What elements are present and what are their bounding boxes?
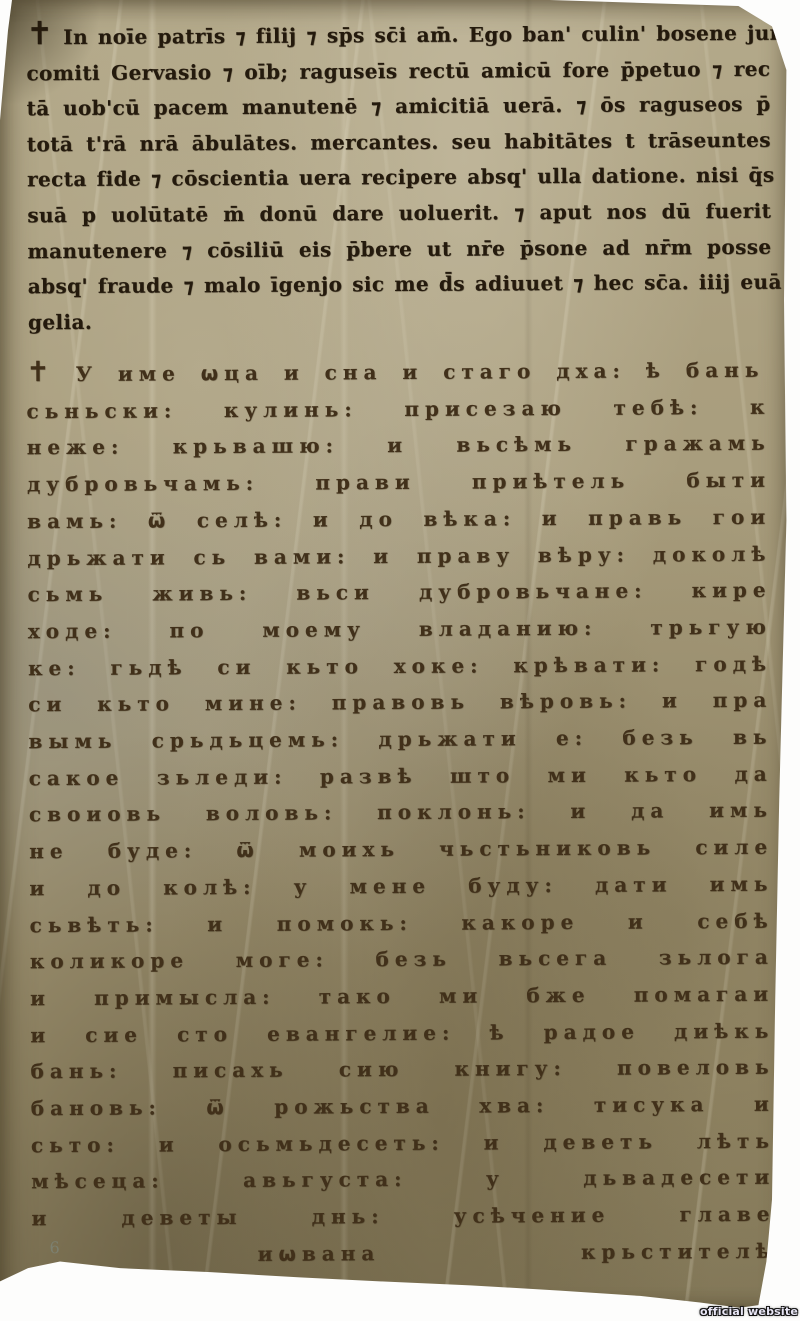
cyrillic-text-line: вымь срьдьцемь: дрьжати е: безь вь <box>28 719 772 760</box>
latin-text-line: recta fide ⁊ cōscientia uera recipere ab… <box>27 158 771 198</box>
latin-text-line: absq' fraude ⁊ malo īgenjo sic me d̄s ad… <box>28 265 772 305</box>
latin-text-line: totā t'rā nrā ābulātes. mercantes. seu h… <box>27 123 771 163</box>
cyrillic-text-line: вамь: ѿ селѣ: и до вѣка: и правь гои <box>27 499 771 540</box>
latin-text-line: comiti Gervasio ⁊ oīb; raguseīs rectū am… <box>26 51 770 91</box>
cyrillic-text-line: сьвѣть: и помокь: какоре и себѣ <box>29 902 773 943</box>
cyrillic-text-line: сьньски: кулинь: присезаю тебѣ: к <box>26 388 770 429</box>
parchment-sheet: ✝ In noīe patrīs ⁊ filij ⁊ sp̄s sc̄i am̄… <box>0 0 800 1321</box>
latin-text-line: manutenere ⁊ cōsiliū eis p̄bere ut nr̄e … <box>27 229 771 269</box>
cyrillic-text-line: неже: крьвашю: и вьсѣмь гражамь <box>27 425 771 466</box>
cyrillic-text-line: и деветы днь: усѣчение главе <box>31 1196 775 1237</box>
cyrillic-text-line: дрьжати сь вами: и праву вѣру: доколѣ <box>27 535 771 576</box>
cyrillic-text-line: сьто: и осьмьдесеть: и деветь лѣть <box>31 1122 775 1163</box>
cyrillic-text-line: мѣсеца: авьгуста: у дьвадесети <box>31 1159 775 1200</box>
cyrillic-text-line: бановь: ѿ рожьства хва: тисука и <box>31 1086 775 1127</box>
latin-text-line: tā uob'cū pacem manutenē ⁊ amicitiā uerā… <box>27 87 771 127</box>
cyrillic-text-line: ходе: по моему владанию: трьгую <box>28 609 772 650</box>
cyrillic-text-line: бань: писахь сию книгу: повеловь <box>30 1049 774 1090</box>
cyrillic-text-line: и до колѣ: у мене буду: дати имь <box>29 866 773 907</box>
cyrillic-text-line: и примысла: тако ми бже помагаи <box>30 976 774 1017</box>
cyrillic-text-line: и сие сто евангелие: ѣ радое диѣкь <box>30 1012 774 1053</box>
latin-text-line: gelia. <box>28 300 772 340</box>
cyrillic-text-line: си кьто мине: правовь вѣровь: и пра <box>28 682 772 723</box>
watermark-label: official website <box>700 1305 798 1318</box>
latin-text-block: ✝ In noīe patrīs ⁊ filij ⁊ sp̄s sc̄i am̄… <box>26 12 772 341</box>
cyrillic-text-line: коликоре моге: безь вьсега зьлога <box>30 939 774 980</box>
latin-text-line: suā p uolūtatē m̄ donū dare uoluerit. ⁊ … <box>27 194 771 234</box>
cyrillic-text-line: ✝ У име ѡца и сна и стаго дха: ѣ бань бо <box>26 350 770 393</box>
cyrillic-text-line: своиовь воловь: поклонь: и да имь <box>29 792 773 833</box>
page-number-mark: 6 <box>49 1238 60 1257</box>
cyrillic-text-line: ке: гьдѣ си кьто хоке: крѣвати: годѣ <box>28 645 772 686</box>
cyrillic-text-line: иѡвана крьстителѣ <box>32 1233 776 1274</box>
cyrillic-text-line: сакое зьледи: развѣ што ми кьто да <box>29 755 773 796</box>
cyrillic-text-line: сьмь живь: вьси дубровьчане: кире <box>27 572 771 613</box>
manuscript-photo: ✝ In noīe patrīs ⁊ filij ⁊ sp̄s sc̄i am̄… <box>0 0 800 1321</box>
handwritten-text-layer: ✝ In noīe patrīs ⁊ filij ⁊ sp̄s sc̄i am̄… <box>0 0 800 1321</box>
cyrillic-text-line: дубровьчамь: прави приѣтель быти <box>27 462 771 503</box>
cyrillic-text-block: ✝ У име ѡца и сна и стаго дха: ѣ бань бо… <box>26 350 776 1274</box>
latin-text-line: ✝ In noīe patrīs ⁊ filij ⁊ sp̄s sc̄i am̄… <box>26 12 770 56</box>
cyrillic-text-line: не буде: ѿ моихь чьстьниковь силе <box>29 829 773 870</box>
